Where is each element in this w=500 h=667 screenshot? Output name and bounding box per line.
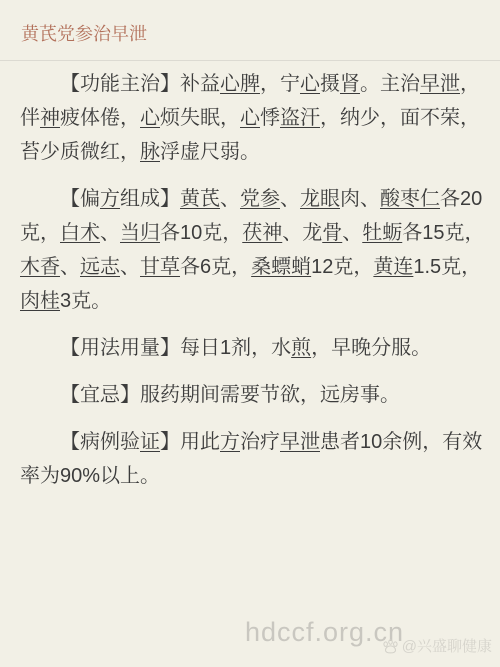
paragraph-formula-composition: 【偏方组成】黄芪、党参、龙眼肉、酸枣仁各20克，白术、当归各10克，茯神、龙骨、…: [20, 182, 480, 318]
text-segment: 悸: [260, 107, 280, 129]
text-line: 率为90%以上。: [20, 459, 480, 493]
page-title: 黄芪党参治早泄: [0, 0, 500, 60]
text-segment: 、: [342, 222, 362, 244]
text-segment: 各20: [440, 188, 482, 210]
underlined-term: 心: [140, 107, 160, 129]
underlined-term: 早泄: [420, 73, 460, 95]
underlined-term: 远志: [80, 256, 120, 278]
text-segment: ，纳少，面不荣，: [320, 107, 480, 129]
text-segment: 浮虚尺弱。: [160, 141, 260, 163]
underlined-term: 黄连: [373, 256, 413, 278]
site-watermark: hdccf.org.cn: [245, 617, 404, 647]
underlined-term: 木香: [20, 256, 60, 278]
underlined-term: 神: [40, 107, 60, 129]
underlined-term: 心脾: [220, 73, 260, 95]
text-segment: 】用此: [160, 431, 220, 453]
text-segment: 患者10余例，有效: [320, 431, 482, 453]
text-segment: 摄: [320, 73, 340, 95]
text-segment: 、: [220, 188, 240, 210]
underlined-term: 心: [240, 107, 260, 129]
paw-icon: [382, 639, 399, 654]
text-line: 克，白术、当归各10克，茯神、龙骨、牡蛎各15克，: [20, 216, 480, 250]
text-segment: 、龙: [282, 222, 322, 244]
underlined-term: 牡蛎: [362, 222, 402, 244]
underlined-term: 脉: [140, 141, 160, 163]
text-segment: 组成】: [120, 188, 180, 210]
underlined-term: 当归: [120, 222, 160, 244]
paragraph-case-verification: 【病例验证】用此方治疗早泄患者10余例，有效率为90%以上。: [20, 425, 480, 493]
text-line: 【宜忌】服药期间需要节欲，远房事。: [20, 378, 480, 412]
underlined-term: 早泄: [280, 431, 320, 453]
text-segment: 【宜忌】服药期间需要节欲，远房事。: [60, 384, 400, 406]
underlined-term: 白术: [60, 222, 100, 244]
text-segment: 。主治: [360, 73, 420, 95]
text-segment: 1.5克，: [413, 256, 481, 278]
text-line: 木香、远志、甘草各6克，桑螵蛸12克，黄连1.5克，: [20, 250, 480, 284]
text-segment: 苔少质微红，: [20, 141, 140, 163]
text-segment: 疲体倦，: [60, 107, 140, 129]
underlined-term: 茯神: [242, 222, 282, 244]
underlined-term: 龙眼: [300, 188, 340, 210]
text-line: 【偏方组成】黄芪、党参、龙眼肉、酸枣仁各20: [20, 182, 480, 216]
text-line: 伴神疲体倦，心烦失眠，心悸盗汗，纳少，面不荣，: [20, 101, 480, 135]
text-line: 【病例验证】用此方治疗早泄患者10余例，有效: [20, 425, 480, 459]
text-segment: 伴: [20, 107, 40, 129]
text-segment: 、: [60, 256, 80, 278]
paragraph-function-indications: 【功能主治】补益心脾，宁心摄肾。主治早泄，伴神疲体倦，心烦失眠，心悸盗汗，纳少，…: [20, 67, 480, 169]
text-segment: ，早晚分服。: [311, 337, 431, 359]
text-segment: 、: [280, 188, 300, 210]
text-line: 肉桂3克。: [20, 284, 480, 318]
underlined-term: 酸枣仁: [380, 188, 440, 210]
text-segment: 12克，: [311, 256, 373, 278]
text-segment: 【功能主治】补益: [60, 73, 220, 95]
text-line: 【用法用量】每日1剂，水煎，早晚分服。: [20, 331, 480, 365]
source-badge: @兴盛聊健康: [382, 639, 492, 654]
underlined-term: 方: [220, 431, 240, 453]
text-segment: 各10克，: [160, 222, 242, 244]
underlined-term: 煎: [291, 337, 311, 359]
article-body: 【功能主治】补益心脾，宁心摄肾。主治早泄，伴神疲体倦，心烦失眠，心悸盗汗，纳少，…: [0, 61, 500, 493]
underlined-term: 盗汗: [280, 107, 320, 129]
text-line: 苔少质微红，脉浮虚尺弱。: [20, 135, 480, 169]
source-badge-label: @兴盛聊健康: [402, 639, 492, 654]
text-segment: ，宁: [260, 73, 300, 95]
underlined-term: 骨: [322, 222, 342, 244]
text-segment: 【病例验: [60, 431, 140, 453]
underlined-term: 证: [140, 431, 160, 453]
underlined-term: 肾: [340, 73, 360, 95]
paragraph-precautions: 【宜忌】服药期间需要节欲，远房事。: [20, 378, 480, 412]
text-segment: 、: [100, 222, 120, 244]
underlined-term: 肉桂: [20, 290, 60, 312]
underlined-term: 方: [100, 188, 120, 210]
text-line: 【功能主治】补益心脾，宁心摄肾。主治早泄，: [20, 67, 480, 101]
text-segment: 肉、: [340, 188, 380, 210]
text-segment: 【用法用量】每日1剂，水: [60, 337, 291, 359]
text-segment: 、: [120, 256, 140, 278]
underlined-term: 黄芪: [180, 188, 220, 210]
text-segment: ，: [460, 73, 480, 95]
text-segment: 治疗: [240, 431, 280, 453]
article-screenshot: { "page": { "background_color": "#f2f0e6…: [0, 0, 500, 667]
text-segment: 3克。: [60, 290, 111, 312]
text-segment: 克，: [20, 222, 60, 244]
text-segment: 烦失眠，: [160, 107, 240, 129]
underlined-term: 心: [300, 73, 320, 95]
text-segment: 各15克，: [402, 222, 484, 244]
text-segment: 各6克，: [180, 256, 251, 278]
paragraph-usage-dosage: 【用法用量】每日1剂，水煎，早晚分服。: [20, 331, 480, 365]
underlined-term: 甘草: [140, 256, 180, 278]
underlined-term: 党参: [240, 188, 280, 210]
text-segment: 率为90%以上。: [20, 465, 160, 487]
text-segment: 【偏: [60, 188, 100, 210]
underlined-term: 桑螵蛸: [251, 256, 311, 278]
